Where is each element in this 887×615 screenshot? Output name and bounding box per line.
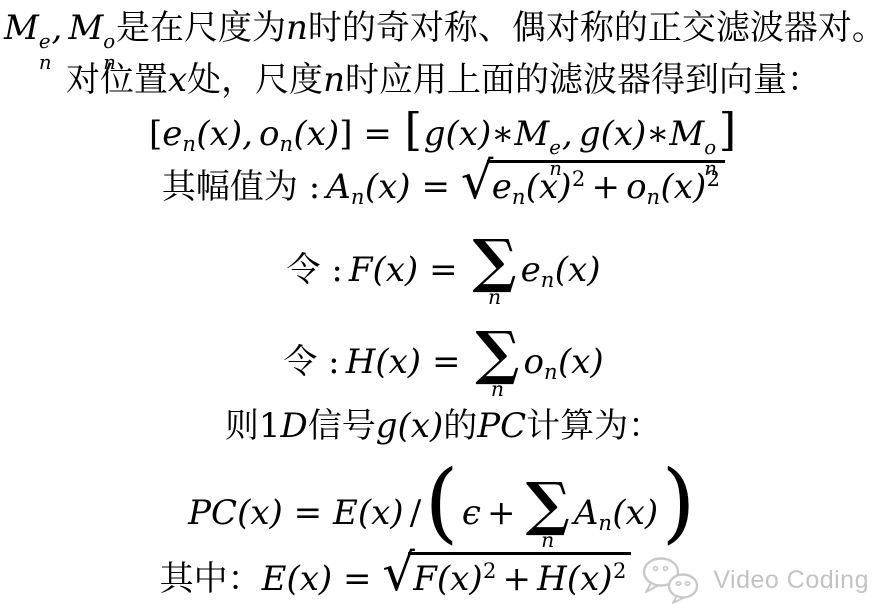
amplitude-summand: An(x): [574, 491, 658, 536]
position-line: 对位置x处，尺度n时应用上面的滤波器得到向量：: [0, 58, 887, 102]
var-A: A: [574, 493, 599, 533]
convolution-op: ∗: [491, 114, 514, 154]
arg-x: (x),: [196, 114, 253, 154]
var-o: o: [626, 167, 646, 207]
let-label: 令 :: [283, 342, 339, 382]
f-summand: en(x): [521, 248, 601, 293]
sub-n: n: [544, 359, 558, 384]
vector-lhs: [en(x),on(x)]: [149, 112, 352, 157]
sub-n: n: [647, 184, 661, 209]
sigma-index-n: n: [488, 287, 501, 307]
equals-sign: =: [432, 342, 461, 382]
fn-g: g(x): [579, 114, 646, 154]
square-root: √ en(x)2+on(x)2: [461, 160, 725, 210]
comma: ,: [52, 8, 63, 48]
equals-sign: =: [429, 250, 458, 290]
arg-x: (x): [375, 342, 421, 382]
square-root: √ F(x)2+H(x)2: [382, 552, 631, 601]
sigma-symbol: ∑: [475, 328, 519, 378]
arg-x: (x): [286, 559, 332, 599]
fn-g: g: [376, 406, 398, 446]
pc-intro-line: 则1D信号g(x)的PC计算为：: [0, 404, 887, 448]
sigma-symbol: ∑: [526, 479, 570, 529]
h-lhs: 令 :H(x)=: [283, 340, 471, 384]
var-H: H: [537, 559, 567, 599]
exponent-2: 2: [613, 558, 626, 583]
formula-document: Men,Mon是在尺度为n时的奇对称、偶对称的正交滤波器对。 对位置x处，尺度n…: [0, 0, 887, 615]
arg-x: (x): [372, 250, 418, 290]
var-e: e: [162, 114, 182, 154]
text-part: 处，尺度: [187, 60, 323, 100]
equals-sign: =: [343, 559, 372, 599]
big-bracket-close: ]: [719, 108, 737, 153]
fn-g: g(x): [424, 114, 491, 154]
arg-x: (x): [558, 342, 604, 382]
arg-x: (x): [612, 493, 658, 533]
arg-x: (x): [437, 559, 483, 599]
equals-sign: =: [363, 112, 392, 156]
var-D: D: [280, 406, 307, 446]
radicand: en(x)2+on(x)2: [487, 160, 725, 210]
var-x: x: [168, 60, 187, 100]
exponent-2: 2: [483, 558, 496, 583]
comma: ,: [562, 114, 573, 154]
watermark: Video Coding: [636, 555, 869, 605]
arg-x: (x): [293, 114, 339, 154]
summation: ∑ n: [473, 236, 517, 308]
var-E: E: [333, 493, 358, 533]
big-paren-open: (: [425, 460, 459, 547]
var-e: e: [492, 167, 512, 207]
arg-x: (x): [358, 493, 404, 533]
pc-lhs: PC(x)=E(x)/: [188, 491, 421, 535]
arg-x: (x): [567, 559, 613, 599]
convolution-op: ∗: [646, 114, 669, 154]
big-bracket-open: [: [404, 108, 422, 153]
var-n: n: [286, 8, 308, 48]
sub-n: n: [351, 184, 365, 209]
text-part: 的: [443, 406, 477, 446]
sigma-index-n: n: [541, 530, 554, 550]
exponent-2: 2: [572, 166, 585, 191]
sub-n: n: [598, 510, 612, 535]
arg-x: (x): [661, 167, 707, 207]
amplitude-equation: 其幅值为 :An(x)= √ en(x)2+on(x)2: [0, 160, 887, 210]
var-M-even: M: [4, 8, 39, 48]
arg-x: (x): [526, 167, 572, 207]
text-part: 则: [225, 406, 259, 446]
big-paren-close: ): [662, 460, 696, 547]
bracket-close: ]: [339, 114, 352, 154]
equals-sign: =: [421, 167, 450, 207]
var-E: E: [262, 559, 287, 599]
let-label: 令 :: [287, 250, 343, 290]
intro-text-end: 时的奇对称、偶对称的正交滤波器对。: [308, 8, 886, 48]
bracket-open: [: [149, 114, 162, 154]
var-M-odd: M: [68, 8, 103, 48]
arg-x: (x): [365, 167, 411, 207]
plus-sign: +: [487, 493, 516, 533]
amplitude-label: 其幅值为 :: [162, 167, 320, 207]
summation: ∑ n: [526, 479, 570, 551]
var-M-even: M: [514, 114, 549, 154]
text-part: 对位置: [66, 60, 168, 100]
sup-e: e: [39, 32, 51, 53]
pc-equation: PC(x)=E(x)/ ( ϵ+ ∑ n An(x) ): [0, 452, 887, 551]
intro-text-mid: 是在尺度为: [116, 8, 286, 48]
sub-n: n: [279, 131, 293, 156]
var-A: A: [326, 167, 351, 207]
watermark-label: Video Coding: [713, 566, 869, 595]
plus-sign: +: [503, 559, 532, 599]
where-label: 其中：: [160, 559, 262, 599]
text-part: 时应用上面的滤波器得到向量：: [345, 60, 821, 100]
division-slash: /: [410, 493, 421, 533]
var-o: o: [524, 342, 544, 382]
var-M-odd: M: [669, 114, 704, 154]
var-PC: PC: [477, 406, 526, 446]
sup-o: o: [704, 138, 716, 159]
var-n: n: [323, 60, 345, 100]
var-F: F: [413, 559, 437, 599]
f-lhs: 令 :F(x)=: [287, 248, 469, 292]
radicand: F(x)2+H(x)2: [408, 552, 631, 601]
var-F: F: [349, 250, 373, 290]
sigma-symbol: ∑: [473, 236, 517, 286]
wechat-icon: [636, 555, 706, 605]
equals-sign: =: [294, 493, 323, 533]
var-PC: PC: [188, 493, 237, 533]
arg-x: (x): [398, 406, 444, 446]
var-o: o: [259, 114, 279, 154]
sup-o: o: [103, 32, 115, 53]
text-part: 信号: [308, 406, 376, 446]
sup-e: e: [549, 138, 561, 159]
digit-1: 1: [259, 406, 281, 446]
e-lhs: 其中：E(x)=: [160, 557, 383, 601]
var-e: e: [521, 250, 541, 290]
sub-n: n: [541, 267, 555, 292]
plus-sign: +: [591, 167, 620, 207]
h-equation: 令 :H(x)= ∑ n on(x): [0, 328, 887, 400]
sub-n: n: [512, 184, 526, 209]
text-part: 计算为：: [526, 406, 662, 446]
epsilon-term: ϵ+: [462, 491, 522, 535]
summation: ∑ n: [475, 328, 519, 400]
sub-n: n: [182, 131, 196, 156]
amplitude-lhs: 其幅值为 :An(x)=: [162, 165, 461, 210]
h-summand: on(x): [524, 340, 604, 385]
sigma-index-n: n: [491, 379, 504, 399]
arg-x: (x): [555, 250, 601, 290]
exponent-2: 2: [707, 166, 720, 191]
arg-x: (x): [237, 493, 283, 533]
var-H: H: [346, 342, 376, 382]
f-equation: 令 :F(x)= ∑ n en(x): [0, 236, 887, 308]
epsilon-symbol: ϵ: [462, 493, 481, 533]
